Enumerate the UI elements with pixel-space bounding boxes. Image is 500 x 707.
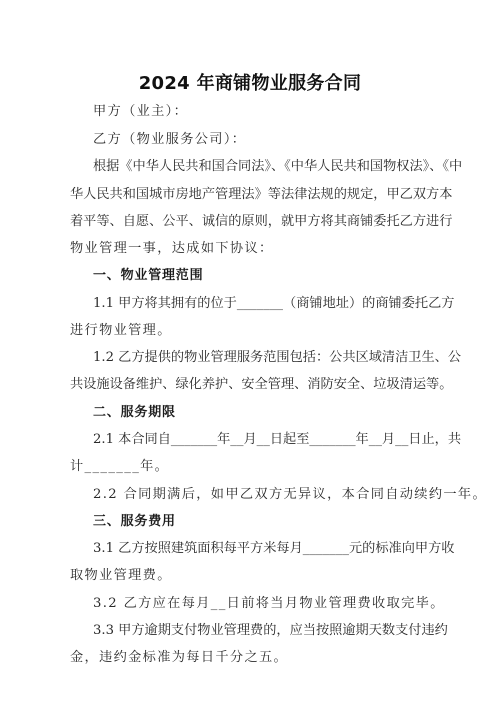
paragraph-line: 共设施设备维护、绿化养护、安全管理、消防安全、垃圾清运等。 [70, 376, 425, 394]
paragraph-line: 1.1 甲方将其拥有的位于_______（商铺地址）的商铺委托乙方 [93, 295, 425, 313]
paragraph-line: 金，违约金标准为每日千分之五。 [70, 649, 430, 667]
section-heading: 三、服务费用 [93, 513, 453, 531]
paragraph-line: 2.2 合同期满后，如甲乙双方无异议，本合同自动续约一年。 [93, 486, 453, 504]
paragraph-line: 甲方（业主）： [93, 103, 453, 121]
section-heading: 一、物业管理范围 [93, 267, 453, 285]
paragraph-line: 乙方（物业服务公司）： [93, 131, 453, 149]
paragraph-line: 取物业管理费。 [70, 567, 430, 585]
section-heading: 二、服务期限 [93, 404, 453, 422]
paragraph-line: 3.3 甲方逾期支付物业管理费的，应当按照逾期天数支付违约 [93, 622, 425, 640]
paragraph-line: 华人民共和国城市房地产管理法》等法律法规的规定，甲乙双方本 [70, 186, 425, 204]
paragraph-line: 根据《中华人民共和国合同法》、《中华人民共和国物权法》、《中 [93, 158, 425, 176]
paragraph-line: 物业管理一事，达成如下协议： [70, 240, 430, 258]
paragraph-line: 着平等、自愿、公平、诚信的原则，就甲方将其商铺委托乙方进行 [70, 213, 425, 231]
paragraph-line: 2.1 本合同自_______年__月__日起至_______年__月__日止，… [93, 431, 425, 449]
document-title: 2024 年商铺物业服务合同 [0, 69, 500, 95]
paragraph-line: 计_______年。 [70, 458, 430, 476]
paragraph-line: 1.2 乙方提供的物业管理服务范围包括：公共区域清洁卫生、公 [93, 349, 425, 367]
paragraph-line: 3.2 乙方应在每月__日前将当月物业管理费收取完毕。 [93, 595, 453, 613]
paragraph-line: 3.1 乙方按照建筑面积每平方米每月_______元的标准向甲方收 [93, 540, 425, 558]
paragraph-line: 进行物业管理。 [70, 322, 430, 340]
